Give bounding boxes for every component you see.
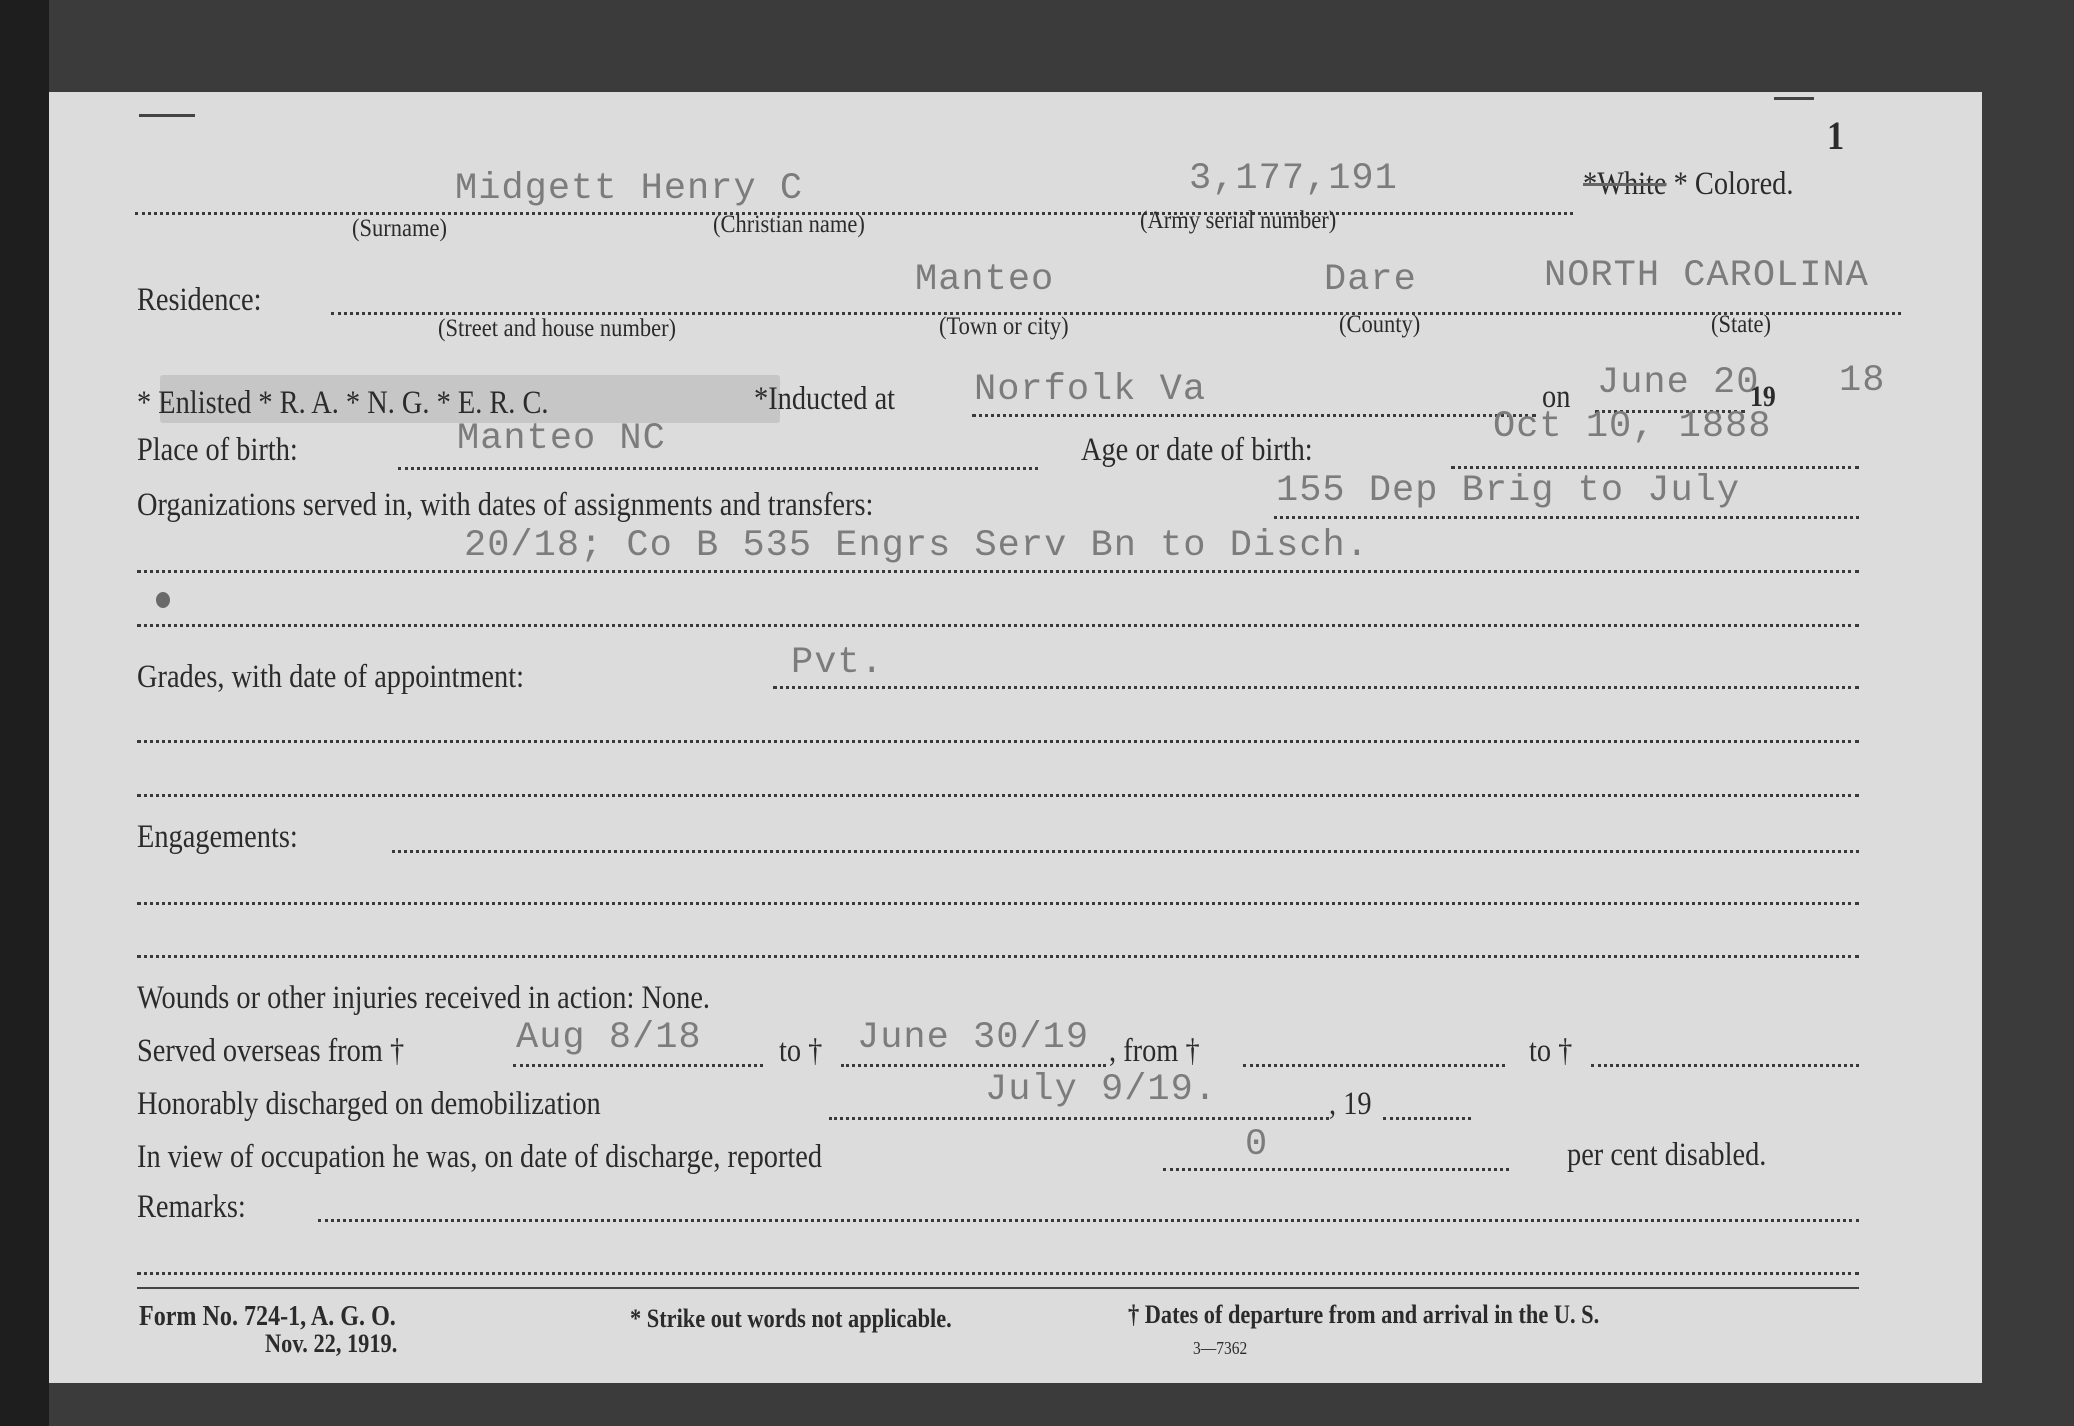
remarks-line1	[318, 1219, 1859, 1222]
engagements-line3	[137, 955, 1859, 958]
strike-note: * Strike out words not applicable.	[630, 1304, 952, 1334]
organizations-line1: 155 Dep Brig to July	[1276, 470, 1740, 512]
christian-name-label: (Christian name)	[713, 211, 865, 239]
form-date: Nov. 22, 1919.	[265, 1329, 397, 1359]
discharge-label: Honorably discharged on demobilization	[137, 1086, 601, 1123]
card-number: 1	[1827, 112, 1844, 159]
residence-town: Manteo	[915, 259, 1054, 301]
overseas-from-value: Aug 8/18	[516, 1017, 702, 1059]
race-white-option: *White	[1583, 166, 1667, 202]
inducted-label: *Inducted at	[754, 381, 895, 418]
overseas-from2-line	[1243, 1064, 1505, 1067]
year-suffix: 18	[1839, 360, 1885, 402]
discharge-year-line	[1383, 1117, 1471, 1120]
corner-mark	[139, 114, 195, 117]
engagements-line2	[137, 902, 1859, 905]
discharge-line	[829, 1117, 1329, 1120]
discharge-year-label: , 19	[1329, 1086, 1372, 1123]
enlistment-options: * Enlisted * R. A. * N. G. * E. R. C.	[137, 385, 549, 422]
place-of-birth-line	[398, 467, 1038, 470]
scan-edge	[0, 0, 49, 1426]
footer-rule	[137, 1287, 1859, 1289]
engagements-label: Engagements:	[137, 819, 298, 856]
residence-state: NORTH CAROLINA	[1544, 255, 1869, 297]
serial-label: (Army serial number)	[1140, 207, 1336, 235]
overseas-from-line	[513, 1064, 763, 1067]
disability-suffix: per cent disabled.	[1567, 1137, 1766, 1174]
disability-line	[1163, 1168, 1509, 1171]
place-of-birth-label: Place of birth:	[137, 432, 298, 469]
residence-county: Dare	[1324, 259, 1417, 301]
county-label: (County)	[1339, 311, 1420, 339]
state-label: (State)	[1711, 311, 1771, 339]
overseas-to-line	[841, 1064, 1106, 1067]
number-overline	[1774, 97, 1814, 100]
organizations-line1-rule	[1274, 516, 1859, 519]
service-record-card: 1 Midgett Henry C (Surname) (Christian n…	[49, 92, 1982, 1383]
overseas-to2-line	[1591, 1064, 1859, 1067]
inducted-line	[972, 414, 1536, 417]
race-colored-option: * Colored.	[1674, 166, 1794, 202]
grades-line2	[137, 740, 1859, 743]
organizations-line2-rule	[137, 570, 1859, 573]
birth-date-line	[1451, 466, 1859, 469]
grades-line1	[773, 686, 1859, 689]
overseas-to2-label: to †	[1529, 1033, 1572, 1070]
engagements-line1	[392, 850, 1859, 853]
organizations-line3-rule	[137, 624, 1859, 627]
disability-value: 0	[1245, 1124, 1268, 1166]
race-field: *White * Colored.	[1583, 166, 1793, 203]
wounds-text: Wounds or other injuries received in act…	[137, 980, 710, 1017]
organizations-line2: 20/18; Co B 535 Engrs Serv Bn to Disch.	[464, 525, 1369, 567]
grades-label: Grades, with date of appointment:	[137, 659, 524, 696]
serial-value: 3,177,191	[1189, 158, 1398, 200]
grades-line3	[137, 794, 1859, 797]
disability-label: In view of occupation he was, on date of…	[137, 1139, 822, 1176]
town-label: (Town or city)	[939, 313, 1069, 341]
remarks-label: Remarks:	[137, 1189, 246, 1226]
overseas-to-label: to †	[779, 1033, 822, 1070]
overseas-to-value: June 30/19	[857, 1017, 1089, 1059]
discharge-date: July 9/19.	[985, 1069, 1217, 1111]
remarks-line2	[137, 1272, 1859, 1275]
organizations-label: Organizations served in, with dates of a…	[137, 487, 873, 524]
birth-date-value: Oct 10, 1888	[1493, 406, 1771, 448]
inducted-at-value: Norfolk Va	[974, 369, 1206, 411]
age-label: Age or date of birth:	[1081, 432, 1313, 469]
overseas-label: Served overseas from †	[137, 1033, 404, 1070]
residence-label: Residence:	[137, 282, 262, 319]
place-of-birth-value: Manteo NC	[457, 418, 666, 460]
surname-label: (Surname)	[352, 215, 447, 243]
overseas-from2-label: , from †	[1109, 1033, 1200, 1070]
street-label: (Street and house number)	[438, 315, 676, 343]
name-value: Midgett Henry C	[455, 168, 803, 210]
induction-date: June 20	[1597, 362, 1759, 404]
print-code: 3—7362	[1193, 1338, 1247, 1359]
ink-blot	[156, 592, 170, 608]
dagger-note: † Dates of departure from and arrival in…	[1128, 1300, 1599, 1330]
grades-value: Pvt.	[791, 642, 884, 684]
